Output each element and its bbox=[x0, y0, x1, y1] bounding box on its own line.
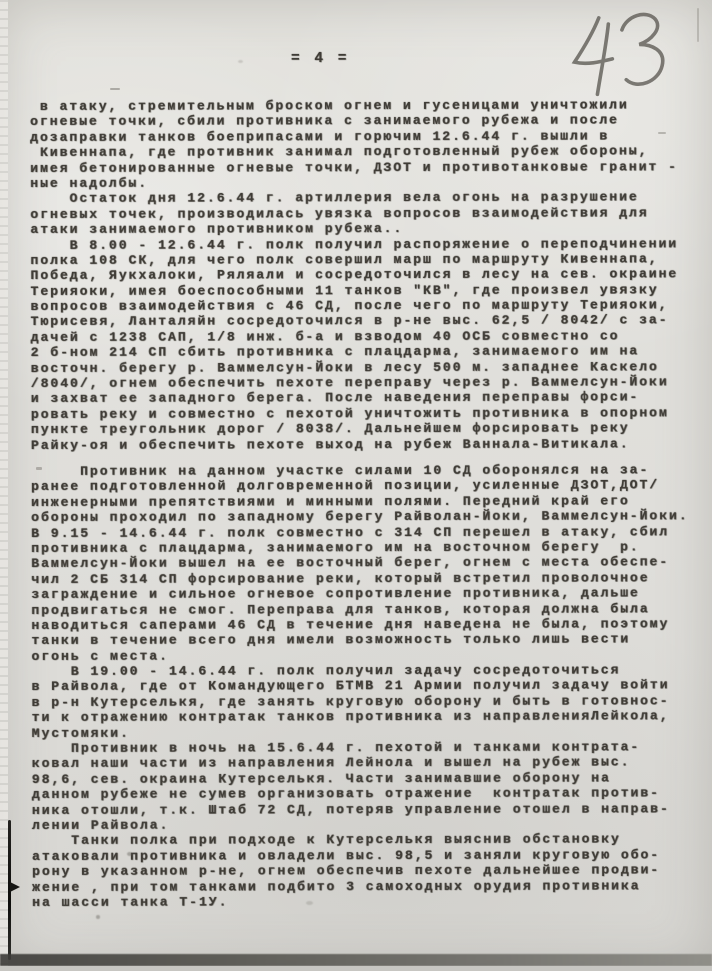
paragraph: В 8.00 - 12.6.44 г. полк получил распоря… bbox=[30, 236, 703, 453]
text-line: ковал наши части из направления Лейнола … bbox=[32, 755, 704, 772]
scan-speck bbox=[96, 915, 100, 919]
text-line: Ваммелсун-Йоки вышел на ее восточный бер… bbox=[31, 555, 703, 572]
text-line: в Райвола, где от Командующего БТМВ 21 А… bbox=[32, 678, 704, 695]
stray-dash-mark bbox=[36, 467, 42, 470]
handwritten-43-strokes bbox=[562, 3, 682, 104]
margin-arrow-mark bbox=[10, 882, 20, 892]
scan-speck bbox=[306, 901, 313, 905]
text-line: танки в течение всего дня имели возможно… bbox=[31, 632, 703, 649]
text-line: ные надолбы. bbox=[30, 174, 702, 191]
text-line: и захват ее западного берега. После наве… bbox=[31, 390, 703, 407]
scan-shadow-bottom bbox=[0, 954, 712, 966]
paragraph: Противник в ночь на 15.6.44 г. пехотой и… bbox=[32, 739, 704, 910]
text-line: ника отошли, т.к. Штаб 72 СД, потеряв уп… bbox=[32, 801, 704, 818]
text-line: огонь с места. bbox=[31, 647, 703, 664]
stray-line-mark bbox=[697, 8, 699, 42]
text-line: В 9.15 - 14.6.44 г. полк совместно с 314… bbox=[31, 524, 703, 541]
text-line: ранее подготовленной долговременной пози… bbox=[31, 478, 703, 495]
text-line: В 8.00 - 12.6.44 г. полк получил распоря… bbox=[30, 236, 702, 253]
text-line: восточн. берегу р. Ваммелсун-Йоки в лесу… bbox=[31, 359, 703, 376]
paragraph: В 19.00 - 14.6.44 г. полк получил задачу… bbox=[31, 662, 703, 741]
scanned-document-page: = 4 = 43 в атаку, стремительным броском … bbox=[0, 0, 712, 971]
text-line: атаки занимаемого противником рубежа.. bbox=[30, 220, 702, 237]
text-line: обороны проходил по западному берегу Рай… bbox=[31, 508, 703, 525]
document-body: в атаку, стремительным броском огнем и г… bbox=[30, 97, 704, 910]
text-line: жение , при том танками подбито 3 самохо… bbox=[32, 878, 704, 895]
text-line: Остаток дня 12.6.44 г. артиллерия вела о… bbox=[30, 190, 702, 207]
text-line: рону в указанном р-не, огнем обеспечив п… bbox=[32, 862, 704, 879]
text-line: данном рубеже не сумев организовать отра… bbox=[32, 785, 704, 802]
text-line: 2 б-ном 214 СП сбить противника с плацда… bbox=[31, 343, 703, 360]
scan-speck bbox=[238, 60, 243, 63]
text-line: на шасси танка Т-1У. bbox=[32, 893, 704, 910]
text-line: пункте треугольник дорог / 8038/. Дальне… bbox=[31, 420, 703, 437]
paragraph: Противник на данном участке силами 10 СД… bbox=[31, 462, 704, 664]
text-line: Танки полка при подходе к Кутерселькя вы… bbox=[32, 832, 704, 849]
text-line: продвигаться не смог. Переправа для танк… bbox=[31, 601, 703, 618]
text-line: имея бетонированные огневые точки, ДЗОТ … bbox=[30, 159, 702, 176]
text-line: Победа, Яукхалоки, Ряляали и сосредоточи… bbox=[30, 267, 702, 284]
text-line: чил 2 СБ 314 СП форсирование реки, котор… bbox=[31, 570, 703, 587]
text-line: ти к отражению контратак танков противни… bbox=[32, 708, 704, 725]
scan-edge-bottom bbox=[0, 966, 712, 971]
text-line: Тюрисевя, Ланталяйн сосредоточился в р-н… bbox=[31, 313, 703, 330]
text-line: огневые точки, сбили противника с занима… bbox=[30, 113, 702, 130]
stray-dash-mark bbox=[110, 88, 120, 90]
paragraph: Остаток дня 12.6.44 г. артиллерия вела о… bbox=[30, 190, 702, 238]
text-line: заграждение и сильное огневое сопротивле… bbox=[31, 585, 703, 602]
text-line: Терияоки, имея боеспособными 11 танков "… bbox=[30, 282, 702, 299]
handwritten-page-number: 43 bbox=[562, 3, 682, 104]
paragraph: в атаку, стремительным броском огнем и г… bbox=[30, 97, 702, 191]
page-number: = 4 = bbox=[291, 51, 350, 67]
stray-dash-mark bbox=[658, 132, 666, 134]
text-line: Кивеннапа, где противник занимал подгото… bbox=[30, 143, 702, 160]
text-line: Мустомяки. bbox=[32, 724, 704, 741]
scan-edge-left bbox=[0, 0, 8, 971]
text-line: огневых точек, производилась увязка вопр… bbox=[30, 205, 702, 222]
text-line: Райку-оя и обеспечить пехоте выход на ру… bbox=[31, 436, 703, 453]
scan-speck bbox=[127, 852, 132, 856]
text-line: наводиться саперами 46 СД в течение дня … bbox=[31, 616, 703, 633]
